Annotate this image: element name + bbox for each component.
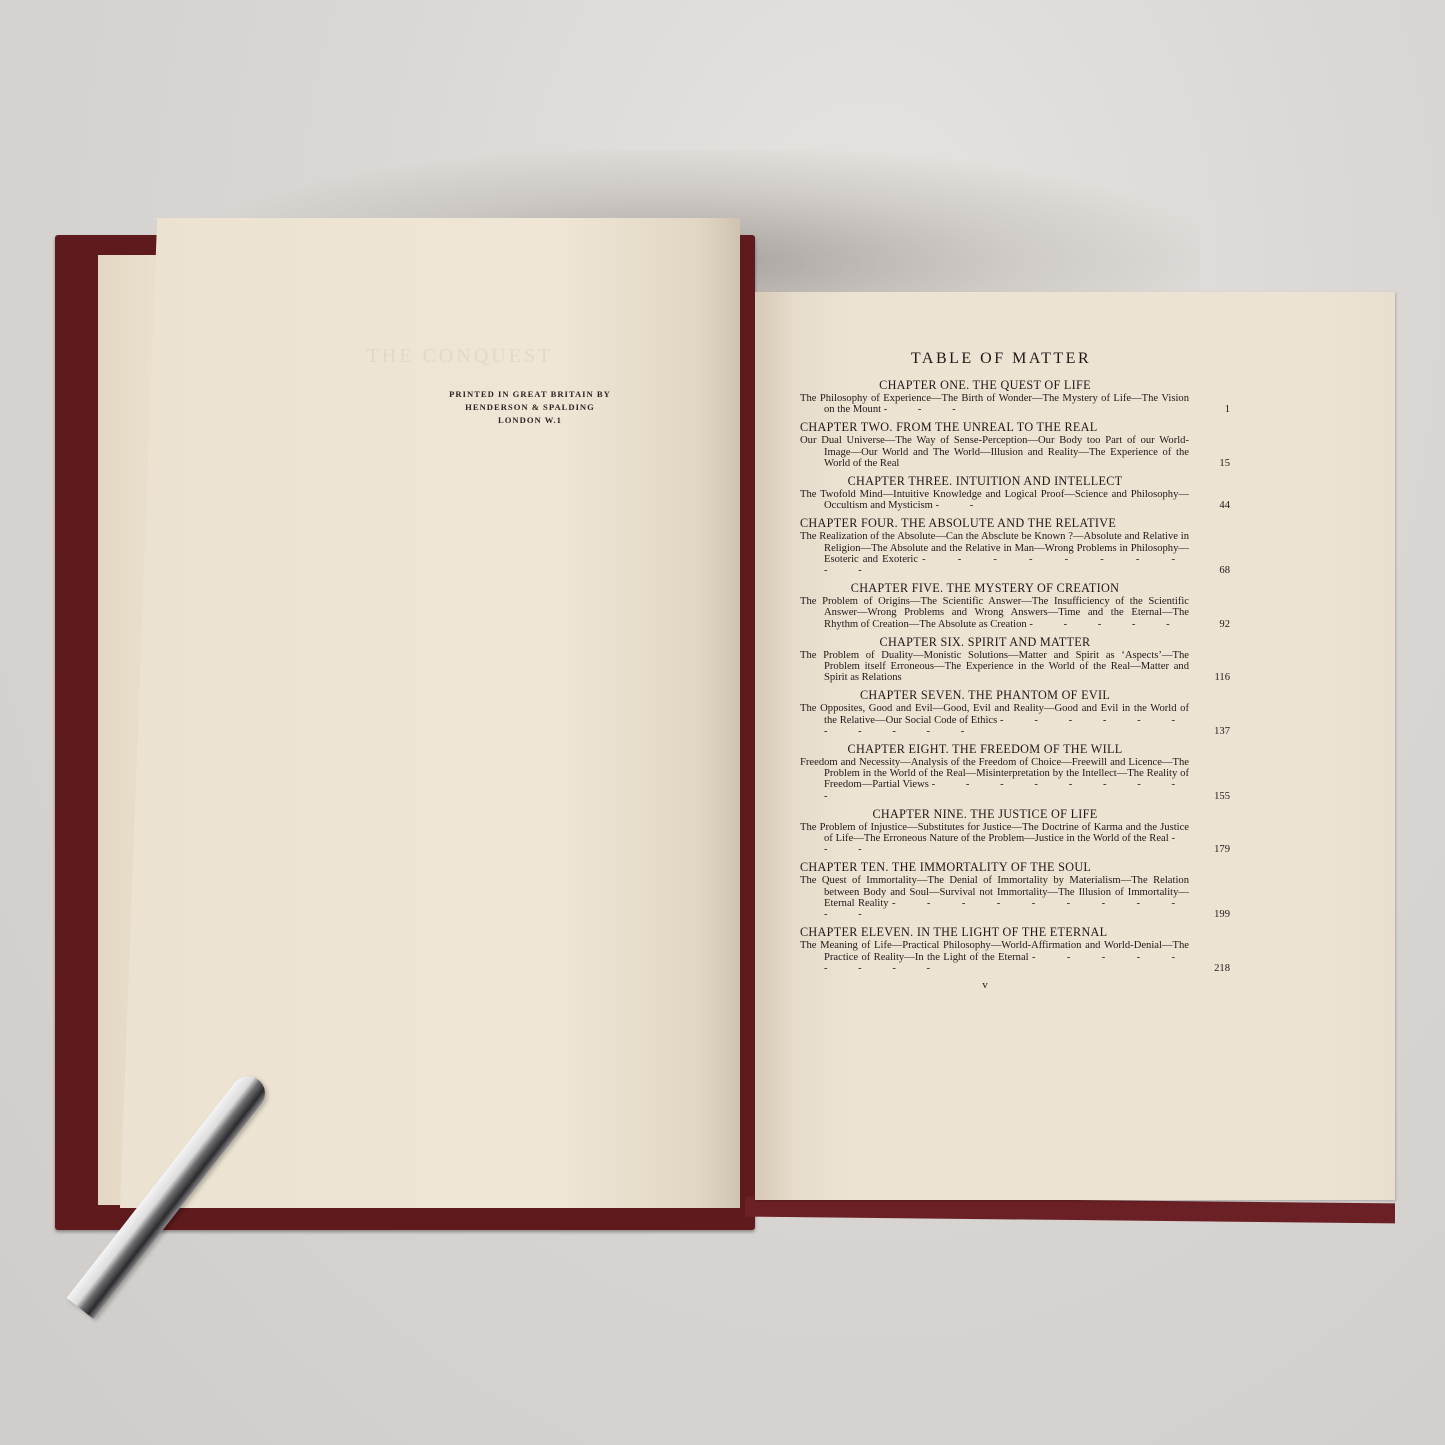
imprint-line: PRINTED IN GREAT BRITAIN BY	[420, 388, 640, 401]
chapter-contents: Freedom and Necessity—Analysis of the Fr…	[800, 757, 1189, 802]
toc-entry: CHAPTER TEN. THE IMMORTALITY OF THE SOUL…	[800, 860, 1230, 920]
chapter-contents: The Opposites, Good and Evil—Good, Evil …	[800, 703, 1189, 737]
chapter-contents: The Problem of Injustice—Substitutes for…	[800, 822, 1189, 856]
chapter-contents: The Twofold Mind—Intuitive Knowledge and…	[800, 489, 1189, 511]
chapter-contents: The Philosophy of Experience—The Birth o…	[800, 393, 1189, 415]
toc-entry: CHAPTER TWO. FROM THE UNREAL TO THE REAL…	[800, 420, 1230, 469]
page-number: 137	[1190, 726, 1230, 737]
toc-entry: CHAPTER SIX. SPIRIT AND MATTER The Probl…	[800, 635, 1230, 684]
page-number: 199	[1190, 909, 1230, 920]
page-number: 1	[1190, 404, 1230, 415]
page-number: 116	[1190, 672, 1230, 683]
chapter-heading: CHAPTER THREE. INTUITION AND INTELLECT	[800, 474, 1230, 489]
chapter-heading: CHAPTER TEN. THE IMMORTALITY OF THE SOUL	[800, 860, 1230, 875]
toc-entry: CHAPTER FOUR. THE ABSOLUTE AND THE RELAT…	[800, 516, 1230, 576]
toc-entry: CHAPTER ELEVEN. IN THE LIGHT OF THE ETER…	[800, 925, 1230, 974]
table-of-contents: TABLE OF MATTER CHAPTER ONE. THE QUEST O…	[800, 350, 1230, 991]
toc-entry: CHAPTER THREE. INTUITION AND INTELLECT T…	[800, 474, 1230, 511]
page-number: 92	[1190, 619, 1230, 630]
show-through-text: THE CONQUEST	[360, 345, 560, 368]
imprint-line: LONDON W.1	[420, 414, 640, 427]
page-folio: v	[800, 979, 1230, 991]
toc-entry: CHAPTER NINE. THE JUSTICE OF LIFE The Pr…	[800, 807, 1230, 856]
toc-entry: CHAPTER FIVE. THE MYSTERY OF CREATION Th…	[800, 581, 1230, 630]
chapter-heading: CHAPTER ONE. THE QUEST OF LIFE	[800, 378, 1230, 393]
toc-title: TABLE OF MATTER	[772, 350, 1230, 368]
chapter-contents: The Problem of Origins—The Scientific An…	[800, 596, 1189, 630]
chapter-contents: The Meaning of Life—Practical Philosophy…	[800, 940, 1189, 974]
chapter-heading: CHAPTER EIGHT. THE FREEDOM OF THE WILL	[800, 742, 1230, 757]
book-cover-edge	[745, 1197, 1395, 1224]
chapter-heading: CHAPTER SIX. SPIRIT AND MATTER	[800, 635, 1230, 650]
page-number: 44	[1190, 500, 1230, 511]
page-number: 179	[1190, 844, 1230, 855]
chapter-contents: The Problem of Duality—Monistic Solution…	[800, 650, 1189, 684]
chapter-heading: CHAPTER FOUR. THE ABSOLUTE AND THE RELAT…	[800, 516, 1230, 531]
page-number: 155	[1190, 791, 1230, 802]
chapter-contents: Our Dual Universe—The Way of Sense-Perce…	[800, 435, 1189, 469]
printer-imprint: PRINTED IN GREAT BRITAIN BY HENDERSON & …	[420, 388, 640, 427]
chapter-heading: CHAPTER FIVE. THE MYSTERY OF CREATION	[800, 581, 1230, 596]
page-number: 218	[1190, 963, 1230, 974]
chapter-heading: CHAPTER NINE. THE JUSTICE OF LIFE	[800, 807, 1230, 822]
chapter-contents: The Realization of the Absolute—Can the …	[800, 531, 1189, 576]
toc-entry: CHAPTER EIGHT. THE FREEDOM OF THE WILL F…	[800, 742, 1230, 802]
imprint-line: HENDERSON & SPALDING	[420, 401, 640, 414]
chapter-heading: CHAPTER SEVEN. THE PHANTOM OF EVIL	[800, 688, 1230, 703]
page-number: 68	[1190, 565, 1230, 576]
page-number: 15	[1190, 458, 1230, 469]
chapter-heading: CHAPTER TWO. FROM THE UNREAL TO THE REAL	[800, 420, 1230, 435]
chapter-heading: CHAPTER ELEVEN. IN THE LIGHT OF THE ETER…	[800, 925, 1230, 940]
toc-entry: CHAPTER ONE. THE QUEST OF LIFE The Philo…	[800, 378, 1230, 415]
chapter-contents: The Quest of Immortality—The Denial of I…	[800, 875, 1189, 920]
toc-entry: CHAPTER SEVEN. THE PHANTOM OF EVIL The O…	[800, 688, 1230, 737]
